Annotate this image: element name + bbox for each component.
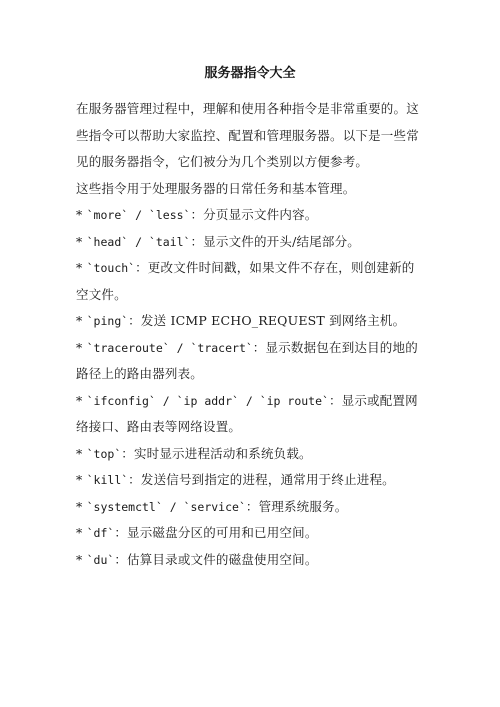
command-name: `systemctl` / `service`	[87, 500, 246, 514]
bullet: *	[76, 234, 87, 249]
document-page: 服务器指令大全 在服务器管理过程中，理解和使用各种指令是非常重要的。这些指令可以…	[76, 64, 424, 573]
command-description: ：实时显示进程活动和系统负载。	[121, 446, 312, 461]
command-description: ：管理系统服务。	[246, 499, 348, 514]
command-name: `du`	[87, 553, 115, 567]
command-name: `ifconfig` / `ip addr` / `ip route`	[87, 394, 329, 408]
command-item-kill: * `kill`：发送信号到指定的进程，通常用于终止进程。	[76, 467, 424, 494]
bullet: *	[76, 499, 87, 514]
bullet: *	[76, 446, 87, 461]
bullet: *	[76, 472, 87, 487]
command-description: ：估算目录或文件的磁盘使用空间。	[114, 552, 317, 567]
command-name: `ping`	[87, 314, 129, 328]
command-description: ：发送信号到指定的进程，通常用于终止进程。	[128, 472, 395, 487]
command-description: ：显示文件的开头/结尾部分。	[190, 234, 360, 249]
command-item-traceroute: * `traceroute` / `tracert`：显示数据包在到达目的地的路…	[76, 335, 424, 388]
command-description: ：分页显示文件内容。	[190, 207, 317, 222]
command-item-more-less: * `more` / `less`：分页显示文件内容。	[76, 202, 424, 229]
command-name: `top`	[87, 447, 122, 461]
bullet: *	[76, 340, 87, 355]
bullet: *	[76, 552, 87, 567]
bullet: *	[76, 393, 87, 408]
bullet: *	[76, 525, 87, 540]
command-item-ping: * `ping`：发送 ICMP ECHO_REQUEST 到网络主机。	[76, 308, 424, 335]
command-description: ：显示磁盘分区的可用和已用空间。	[114, 525, 317, 540]
intro-paragraph: 在服务器管理过程中，理解和使用各种指令是非常重要的。这些指令可以帮助大家监控、配…	[76, 96, 424, 176]
command-name: `traceroute` / `tracert`	[87, 341, 253, 355]
command-item-du: * `du`：估算目录或文件的磁盘使用空间。	[76, 547, 424, 574]
command-item-ifconfig: * `ifconfig` / `ip addr` / `ip route`：显示…	[76, 388, 424, 441]
command-item-systemctl: * `systemctl` / `service`：管理系统服务。	[76, 494, 424, 521]
bullet: *	[76, 260, 87, 275]
command-name: `head` / `tail`	[87, 235, 191, 249]
section-intro: 这些指令用于处理服务器的日常任务和基本管理。	[76, 176, 424, 203]
command-name: `kill`	[87, 473, 129, 487]
document-title: 服务器指令大全	[76, 64, 424, 84]
command-name: `touch`	[87, 261, 135, 275]
command-item-touch: * `touch`：更改文件时间戳，如果文件不存在，则创建新的空文件。	[76, 255, 424, 308]
command-name: `more` / `less`	[87, 208, 191, 222]
command-description: ：发送 ICMP ECHO_REQUEST 到网络主机。	[128, 313, 405, 328]
command-item-head-tail: * `head` / `tail`：显示文件的开头/结尾部分。	[76, 229, 424, 256]
command-item-top: * `top`：实时显示进程活动和系统负载。	[76, 441, 424, 468]
bullet: *	[76, 313, 87, 328]
command-name: `df`	[87, 526, 115, 540]
bullet: *	[76, 207, 87, 222]
command-item-df: * `df`：显示磁盘分区的可用和已用空间。	[76, 520, 424, 547]
